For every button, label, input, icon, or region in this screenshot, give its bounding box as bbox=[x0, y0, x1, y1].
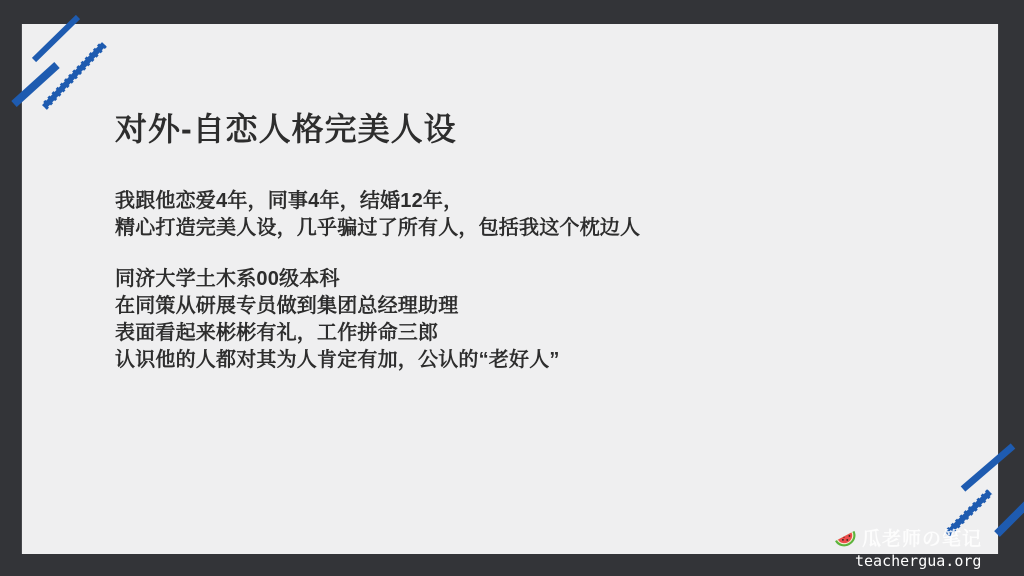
paragraph-background: 同济大学土木系00级本科 在同策从研展专员做到集团总经理助理 表面看起来彬彬有礼… bbox=[115, 266, 560, 374]
text-line: 精心打造完美人设，几乎骗过了所有人，包括我这个枕边人 bbox=[115, 217, 640, 239]
text-line: 同济大学土木系00级本科 bbox=[115, 268, 340, 290]
text-line: 表面看起来彬彬有礼，工作拼命三郎 bbox=[115, 322, 438, 344]
slide-canvas: 对外-自恋人格完美人设 我跟他恋爱4年，同事4年，结婚12年， 精心打造完美人设… bbox=[0, 0, 1024, 576]
watermark: 瓜老师の笔记 teachergua.org bbox=[832, 524, 1022, 570]
slide-content-area: 对外-自恋人格完美人设 我跟他恋爱4年，同事4年，结婚12年， 精心打造完美人设… bbox=[22, 24, 998, 554]
watermelon-icon bbox=[832, 524, 859, 551]
watermark-site-label: teachergua.org bbox=[855, 552, 1022, 570]
slide-title: 对外-自恋人格完美人设 bbox=[115, 112, 457, 147]
watermark-brand-label: 瓜老师の笔记 bbox=[862, 524, 982, 551]
text-line: 认识他的人都对其为人肯定有加，公认的“老好人” bbox=[115, 349, 560, 371]
paragraph-intro: 我跟他恋爱4年，同事4年，结婚12年， 精心打造完美人设，几乎骗过了所有人，包括… bbox=[115, 188, 640, 242]
text-line: 在同策从研展专员做到集团总经理助理 bbox=[115, 295, 458, 317]
text-line: 我跟他恋爱4年，同事4年，结婚12年， bbox=[115, 190, 463, 212]
watermark-brand-row: 瓜老师の笔记 bbox=[832, 524, 1022, 551]
